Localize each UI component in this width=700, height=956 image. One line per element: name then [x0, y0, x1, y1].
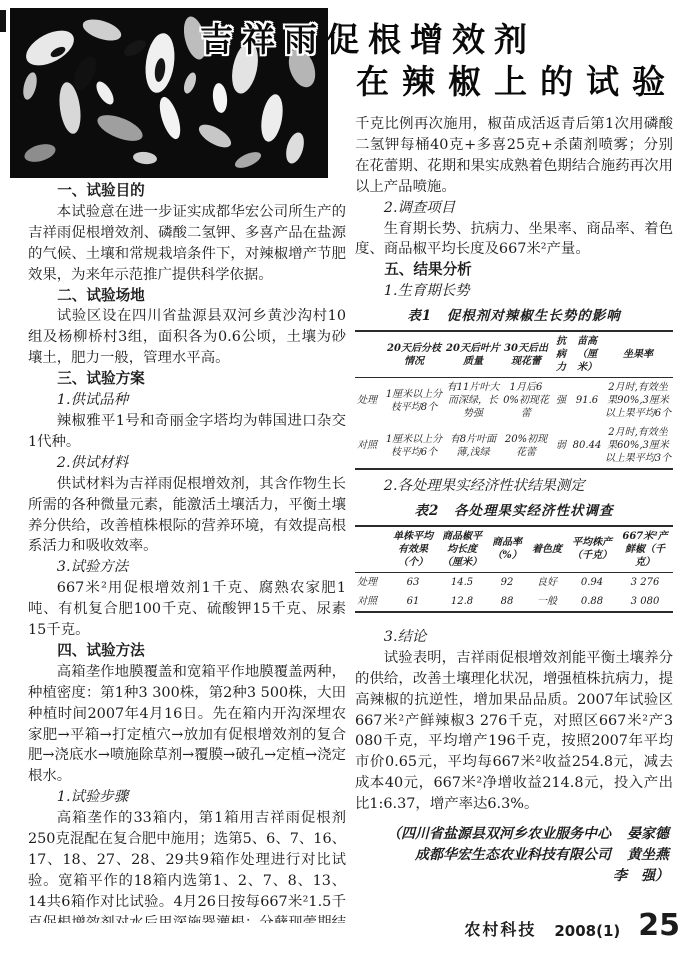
- table2-caption: 表2 各处理果实经济性状调查: [355, 501, 673, 522]
- para-survey-items: 生育期长势、抗病力、坐果率、商品率、着色度、商品椒平均长度及667米²产量。: [355, 219, 673, 261]
- table1-header-leaf-quality: 20天后叶片质量: [445, 331, 501, 378]
- table1-cell: 2月时,有效坐果90%,3厘米以上果平均6个: [603, 378, 673, 424]
- table1-cell: 1月后60%初现花蕾: [501, 378, 551, 424]
- table2-cell: 14.5: [437, 572, 487, 592]
- article-title-line2: 在辣椒上的试验: [356, 56, 678, 103]
- byline-line1: （四川省盐源县双河乡农业服务中心 晏家德: [355, 824, 673, 845]
- byline-author1: 晏家德: [627, 824, 669, 845]
- para-test-method: 高箱垄作地膜覆盖和宽箱平作地膜覆盖两种，种植密度：第1种3 300株，第2种3 …: [28, 662, 346, 787]
- table1-cell: 强: [551, 378, 571, 424]
- table2-header-fresh-yield: 667米²产鲜椒（千克）: [617, 526, 673, 573]
- table1-growth-effect: 20天后分枝情况 20天后叶片质量 30天后出现花蕾 抗病力 苗高（厘米） 坐果…: [355, 330, 673, 470]
- byline-line2: 成都华宏生态农业科技有限公司 黄坐燕: [355, 845, 673, 866]
- footer-issue: 2008(1): [554, 922, 620, 940]
- byline-org2: 成都华宏生态农业科技有限公司: [415, 845, 611, 866]
- subheading-conclusion: 3.结论: [355, 627, 673, 648]
- table2-cell: 0.94: [567, 572, 617, 592]
- table2-header-empty: [355, 526, 389, 573]
- article-title-line1: 吉祥雨促根增效剂: [200, 14, 536, 61]
- para-conclusion: 试验表明，吉祥雨促根增效剂能平衡土壤养分的供给，改善土壤理化状况，增强植株抗病力…: [355, 648, 673, 815]
- table1-cell: 80.44: [571, 423, 603, 469]
- left-column: 一、试验目的 本试验意在进一步证实成都华宏公司所生产的吉祥雨促根增效剂、磷酸二氢…: [28, 181, 346, 923]
- table2-row-control-label: 对照: [355, 592, 389, 612]
- byline-author3: 李 强）: [613, 866, 669, 887]
- table1-header-disease-resistance: 抗病力: [551, 331, 571, 378]
- table2-cell: 良好: [527, 572, 567, 592]
- table2-economic-traits: 单株平均有效果（个） 商品椒平均长度（厘米） 商品率（%） 着色度 平均株产（千…: [355, 525, 673, 613]
- byline-org1: （四川省盐源县双河乡农业服务中心: [387, 824, 611, 845]
- para-test-method-sub: 667米²用促根增效剂1千克、腐熟农家肥1吨、有机复合肥100千克、硫酸钾15千…: [28, 578, 346, 641]
- byline-line3: 李 强）: [355, 866, 673, 887]
- heading-results-analysis: 五、结果分析: [355, 260, 673, 281]
- table2-header-commodity-rate: 商品率（%）: [487, 526, 527, 573]
- magazine-page: 吉祥雨促根增效剂 在辣椒上的试验 一、试验目的 本试验意在进一步证实成都华宏公司…: [0, 0, 700, 956]
- table1-header-fruit-set: 坐果率: [603, 331, 673, 378]
- table1-header-row: 20天后分枝情况 20天后叶片质量 30天后出现花蕾 抗病力 苗高（厘米） 坐果…: [355, 331, 673, 378]
- subheading-test-method-sub: 3.试验方法: [28, 557, 346, 578]
- table1-cell: 20%初现花蕾: [501, 423, 551, 469]
- page-footer: 农村科技 2008(1) 25: [355, 912, 680, 940]
- article-title-overlay-text: 吉祥雨: [200, 20, 326, 59]
- table1-cell: 1厘米以上分枝平均8个: [383, 378, 445, 424]
- para-test-site: 试验区设在四川省盐源县双河乡黄沙沟村10组及杨柳桥村3组，面积各为0.6公顷，土…: [28, 306, 346, 369]
- byline-author2: 黄坐燕: [627, 845, 669, 866]
- table1-cell: 91.6: [571, 378, 603, 424]
- heading-test-plan: 三、试验方案: [28, 369, 346, 390]
- heading-test-purpose: 一、试验目的: [28, 181, 346, 202]
- para-test-variety: 辣椒雅平1号和奇丽金字塔均为韩国进口杂交1代种。: [28, 411, 346, 453]
- table2-header-avg-length: 商品椒平均长度（厘米）: [437, 526, 487, 573]
- subheading-economic-traits: 2.各处理果实经济性状结果测定: [355, 476, 673, 497]
- table2-cell: 3 276: [617, 572, 673, 592]
- table1-header-seedling-height: 苗高（厘米）: [571, 331, 603, 378]
- table1-header-budding: 30天后出现花蕾: [501, 331, 551, 378]
- table2-cell: 一般: [527, 592, 567, 612]
- table1-row-treatment-label: 处理: [355, 378, 383, 424]
- para-steps-continued: 千克比例再次施用，椒苗成活返青后第1次用磷酸二氢钾每桶40克+多喜25克+杀菌剂…: [355, 114, 673, 198]
- table1-row-control: 对照 1厘米以上分枝平均6个 有8片叶面薄,浅绿 20%初现花蕾 弱 80.44…: [355, 423, 673, 469]
- table2-cell: 61: [389, 592, 437, 612]
- right-column: 千克比例再次施用，椒苗成活返青后第1次用磷酸二氢钾每桶40克+多喜25克+杀菌剂…: [355, 114, 673, 952]
- table1-row-treatment: 处理 1厘米以上分枝平均8个 有11片叶大而深绿，长势强 1月后60%初现花蕾 …: [355, 378, 673, 424]
- table2-cell: 92: [487, 572, 527, 592]
- article-title-rest-text: 促根增效剂: [326, 20, 536, 59]
- subheading-survey-items: 2.调查项目: [355, 198, 673, 219]
- subheading-growth-vigor: 1.生育期长势: [355, 281, 673, 302]
- subheading-test-variety: 1.供试品种: [28, 390, 346, 411]
- table1-cell: 2月时,有效坐果60%,3厘米以上果平均3个: [603, 423, 673, 469]
- table2-cell: 12.8: [437, 592, 487, 612]
- table2-header-effective-fruit: 单株平均有效果（个）: [389, 526, 437, 573]
- table1-cell: 有8片叶面薄,浅绿: [445, 423, 501, 469]
- para-test-materials: 供试材料为吉祥雨促根增效剂，其含作物生长所需的各种微量元素，能激活土壤活力，平衡…: [28, 474, 346, 558]
- table2-cell: 3 080: [617, 592, 673, 612]
- table2-header-row: 单株平均有效果（个） 商品椒平均长度（厘米） 商品率（%） 着色度 平均株产（千…: [355, 526, 673, 573]
- table2-row-control: 对照 61 12.8 88 一般 0.88 3 080: [355, 592, 673, 612]
- heading-test-method: 四、试验方法: [28, 641, 346, 662]
- footer-page-number: 25: [638, 912, 680, 940]
- para-test-purpose: 本试验意在进一步证实成都华宏公司所生产的吉祥雨促根增效剂、磷酸二氢钾、多喜产品在…: [28, 202, 346, 286]
- table1-cell: 弱: [551, 423, 571, 469]
- para-test-steps: 高箱垄作的33箱内，第1箱用吉祥雨促根剂250克混配在复合肥中施用；选第5、6、…: [28, 808, 346, 923]
- table1-cell: 1厘米以上分枝平均6个: [383, 423, 445, 469]
- scan-corner-mark: [0, 10, 6, 32]
- subheading-test-materials: 2.供试材料: [28, 453, 346, 474]
- heading-test-site: 二、试验场地: [28, 286, 346, 307]
- table1-row-control-label: 对照: [355, 423, 383, 469]
- table2-row-treatment: 处理 63 14.5 92 良好 0.94 3 276: [355, 572, 673, 592]
- subheading-test-steps: 1.试验步骤: [28, 787, 346, 808]
- table2-cell: 0.88: [567, 592, 617, 612]
- table2-cell: 63: [389, 572, 437, 592]
- table1-header-empty: [355, 331, 383, 378]
- footer-journal-name: 农村科技: [464, 917, 536, 940]
- table2-row-treatment-label: 处理: [355, 572, 389, 592]
- table2-header-yield-per-plant: 平均株产（千克）: [567, 526, 617, 573]
- byline: （四川省盐源县双河乡农业服务中心 晏家德 成都华宏生态农业科技有限公司 黄坐燕 …: [355, 824, 673, 887]
- table1-header-branching: 20天后分枝情况: [383, 331, 445, 378]
- table1-caption: 表1 促根剂对辣椒生长势的影响: [355, 306, 673, 327]
- table1-cell: 有11片叶大而深绿，长势强: [445, 378, 501, 424]
- table2-header-coloring: 着色度: [527, 526, 567, 573]
- table2-cell: 88: [487, 592, 527, 612]
